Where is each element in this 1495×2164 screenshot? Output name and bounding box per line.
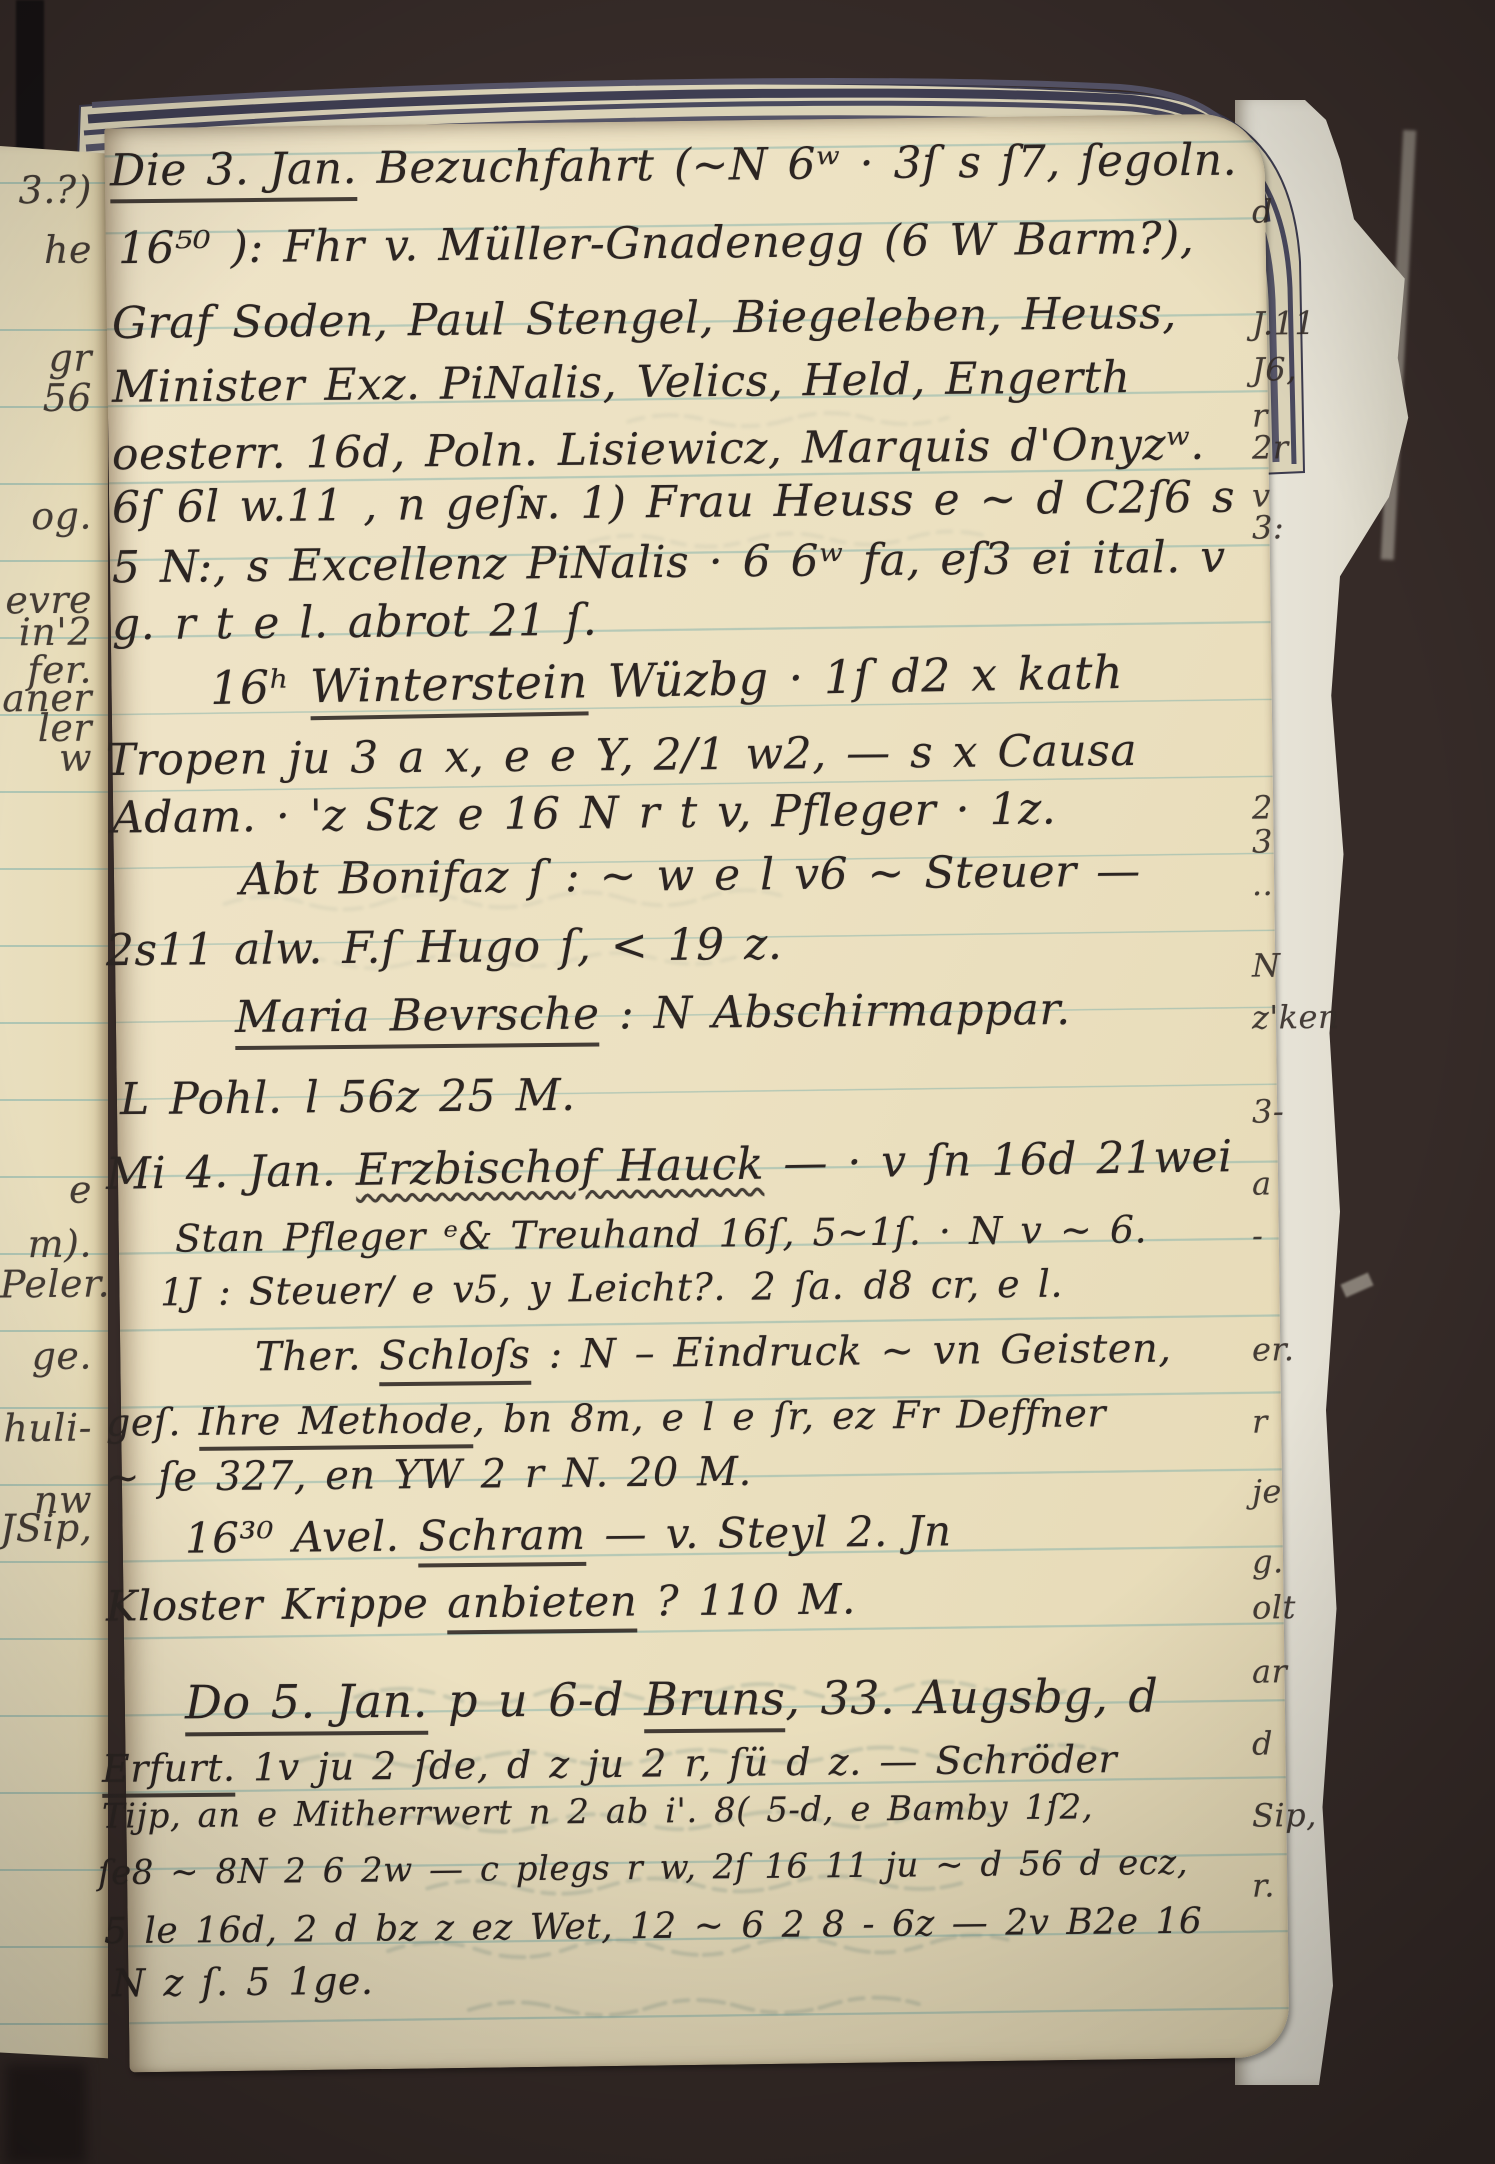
- facing-page-sliver: [0, 146, 108, 2064]
- notebook-page: [104, 113, 1289, 2072]
- bleedthrough-ghost-writing: [104, 113, 1289, 2072]
